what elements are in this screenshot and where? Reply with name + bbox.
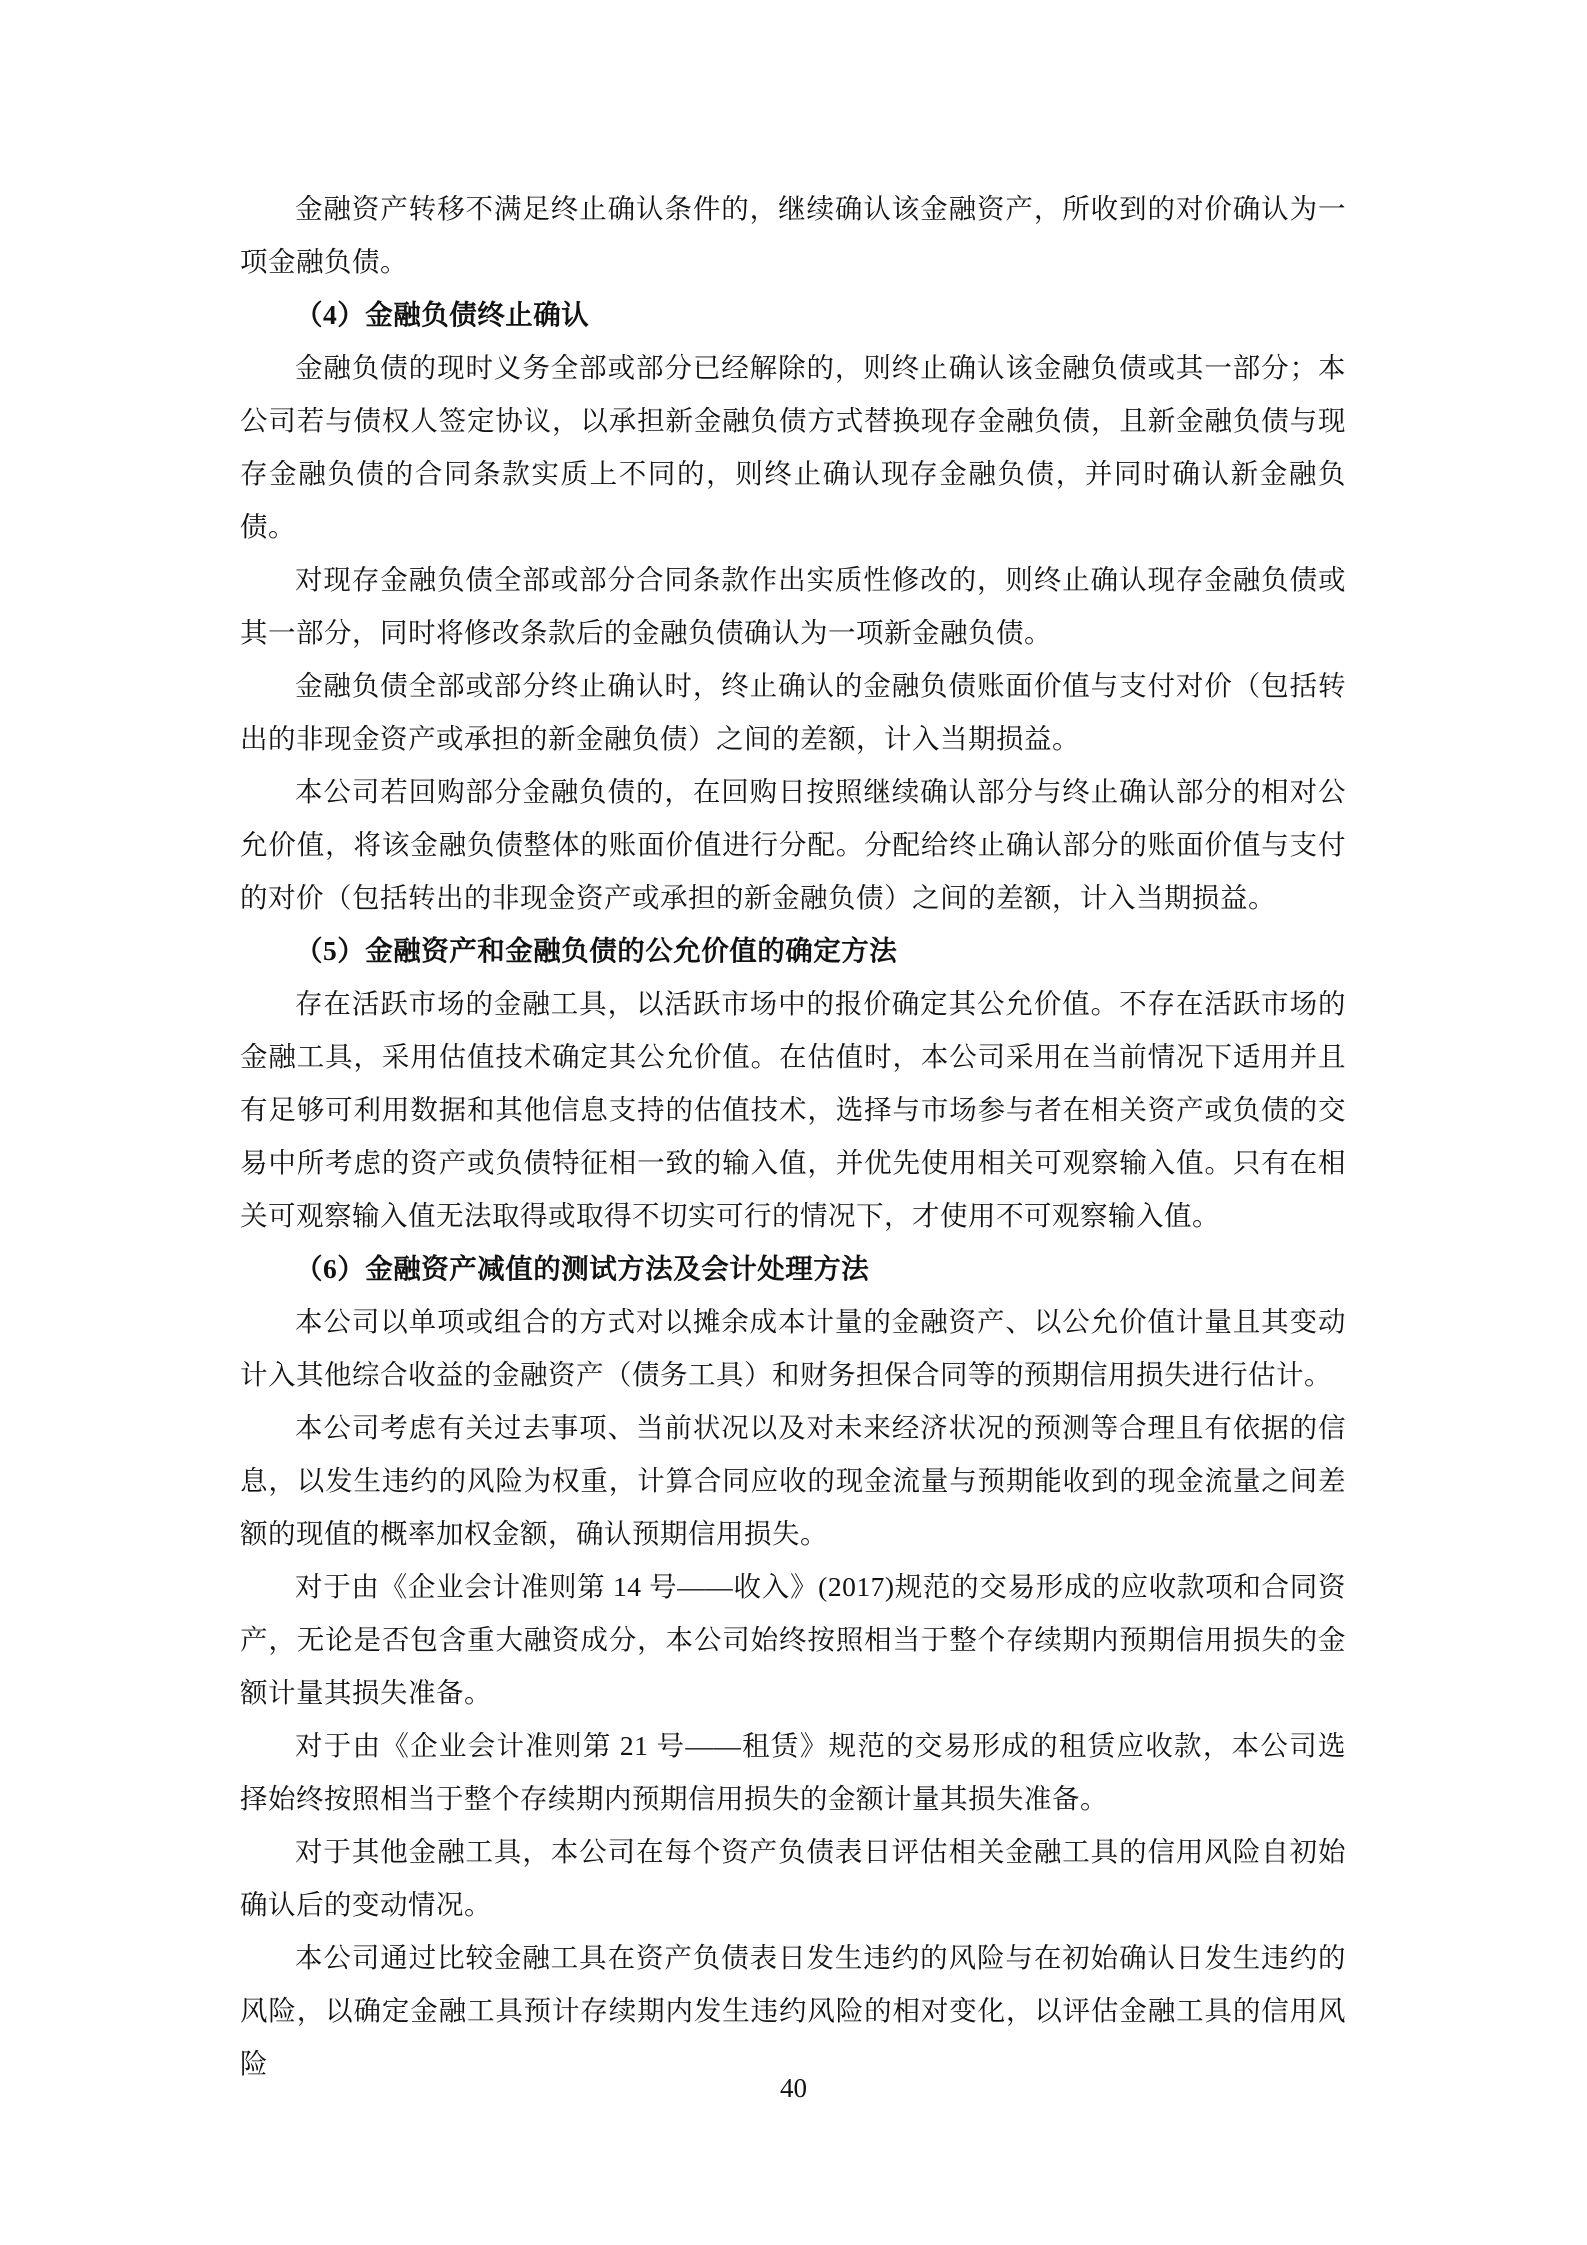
- document-page: 金融资产转移不满足终止确认条件的，继续确认该金融资产，所收到的对价确认为一项金融…: [0, 0, 1587, 2245]
- paragraph-standard-14-revenue: 对于由《企业会计准则第 14 号——收入》(2017)规范的交易形成的应收款项和…: [240, 1560, 1346, 1719]
- section-heading-4-liability-derecognition: （4）金融负债终止确认: [240, 288, 1346, 341]
- paragraph-partial-repurchase: 本公司若回购部分金融负债的，在回购日按照继续确认部分与终止确认部分的相对公允价值…: [240, 765, 1346, 924]
- paragraph-other-instruments-assessment: 对于其他金融工具，本公司在每个资产负债表日评估相关金融工具的信用风险自初始确认后…: [240, 1825, 1346, 1931]
- paragraph-fair-value-determination: 存在活跃市场的金融工具，以活跃市场中的报价确定其公允价值。不存在活跃市场的金融工…: [240, 977, 1346, 1242]
- page-number: 40: [0, 2062, 1587, 2115]
- paragraph-liability-obligation-released: 金融负债的现时义务全部或部分已经解除的，则终止确认该金融负债或其一部分；本公司若…: [240, 341, 1346, 553]
- paragraph-expected-credit-loss-estimate: 本公司以单项或组合的方式对以摊余成本计量的金融资产、以公允价值计量且其变动计入其…: [240, 1295, 1346, 1401]
- paragraph-standard-21-lease: 对于由《企业会计准则第 21 号——租赁》规范的交易形成的租赁应收款，本公司选择…: [240, 1719, 1346, 1825]
- paragraph-substantial-modification: 对现存金融负债全部或部分合同条款作出实质性修改的，则终止确认现存金融负债或其一部…: [240, 553, 1346, 659]
- section-heading-6-impairment-method: （6）金融资产减值的测试方法及会计处理方法: [240, 1242, 1346, 1295]
- paragraph-derecognition-difference: 金融负债全部或部分终止确认时，终止确认的金融负债账面价值与支付对价（包括转出的非…: [240, 659, 1346, 765]
- section-heading-5-fair-value-method: （5）金融资产和金融负债的公允价值的确定方法: [240, 924, 1346, 977]
- document-body: 金融资产转移不满足终止确认条件的，继续确认该金融资产，所收到的对价确认为一项金融…: [240, 182, 1346, 2090]
- paragraph-transfer-not-derecognized: 金融资产转移不满足终止确认条件的，继续确认该金融资产，所收到的对价确认为一项金融…: [240, 182, 1346, 288]
- paragraph-probability-weighted-amount: 本公司考虑有关过去事项、当前状况以及对未来经济状况的预测等合理且有依据的信息，以…: [240, 1401, 1346, 1560]
